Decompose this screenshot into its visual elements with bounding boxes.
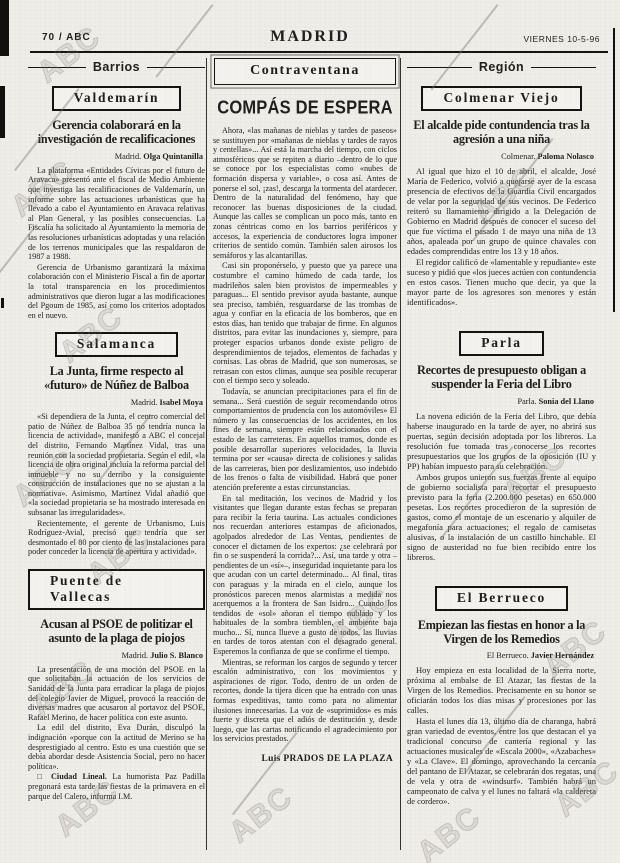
author-signature: Luis PRADOS DE LA PLAZA	[217, 754, 393, 764]
byline-author: Sonia del Llano	[539, 397, 594, 406]
article-paragraph: Ambos grupos unieron sus fuerzas frente …	[407, 472, 596, 562]
article-paragraph: El regidor calificó de «lamentable y rep…	[407, 257, 596, 307]
article-headline: El alcalde pide contundencia tras la agr…	[407, 119, 596, 147]
column-contraventana: Contraventana COMPÁS DE ESPERA Ahora, «l…	[213, 56, 397, 764]
article-paragraph: La presentación de una moción del PSOE e…	[28, 665, 205, 723]
byline-location: Madrid.	[122, 651, 149, 660]
rail-barrios: Barrios	[28, 60, 205, 74]
article-paragraph: Hoy empieza en esta localidad de la Sier…	[407, 665, 596, 715]
scan-artifact	[0, 86, 5, 138]
byline-author: Olga Quintanilla	[143, 152, 203, 161]
article-paragraph: Todavía, se anuncian precipitaciones par…	[213, 387, 397, 493]
article-paragraph: Ahora, «las mañanas de nieblas y tardes …	[213, 126, 397, 260]
article-byline: El Berrueco. Javier Hernández	[409, 651, 594, 660]
byline-author: Isabel Moya	[159, 398, 203, 407]
article-paragraph: Mientras, se reforman los cargos de segu…	[213, 658, 397, 744]
article-paragraph: Hasta el lunes día 13, último día de cha…	[407, 716, 596, 806]
byline-author: Julio S. Blanco	[150, 651, 203, 660]
article-headline: La Junta, firme respecto al «futuro» de …	[28, 365, 205, 393]
article-headline: Acusan al PSOE de politizar el asunto de…	[28, 618, 205, 646]
byline-author: Javier Hernández	[531, 651, 594, 660]
section-label-puente-de-vallecas: Puente de Vallecas	[28, 569, 205, 610]
article-byline: Madrid. Julio S. Blanco	[30, 651, 203, 660]
rail-region-label: Región	[479, 60, 524, 74]
section-label-contraventana: Contraventana	[214, 58, 396, 85]
opinion-headline: COMPÁS DE ESPERA	[213, 98, 397, 119]
byline-location: Parla.	[517, 397, 536, 406]
section-label-el-berrueco: El Berrueco	[435, 586, 568, 611]
article-headline: Gerencia colaborará en la investigación …	[28, 119, 205, 147]
article-headline: Empiezan las fiestas en honor a la Virge…	[407, 619, 596, 647]
article-byline: Madrid. Olga Quintanilla	[30, 152, 203, 161]
article-paragraph: «Si dependiera de la Junta, el centro co…	[28, 412, 205, 518]
header-rule	[30, 51, 608, 53]
column-barrios: Barrios Valdemarín Gerencia colaborará e…	[28, 56, 205, 802]
section-label-valdemarin: Valdemarín	[52, 86, 182, 111]
article-paragraph: Recientemente, el gerente de Urbanismo, …	[28, 519, 205, 557]
column-region: Región Colmenar Viejo El alcalde pide co…	[407, 56, 596, 807]
byline-location: El Berrueco.	[487, 651, 529, 660]
section-label-salamanca: Salamanca	[55, 332, 178, 357]
scan-artifact	[613, 28, 615, 312]
article-body: La plataforma «Entidades Cívicas por el …	[28, 166, 205, 321]
article-byline: Madrid. Isabel Moya	[30, 398, 203, 407]
article-body: Hoy empieza en esta localidad de la Sier…	[407, 665, 596, 806]
column-divider	[400, 58, 401, 850]
article-byline: Colmenar. Paloma Nolasco	[409, 152, 594, 161]
scan-artifact	[1, 298, 4, 308]
opinion-body: Ahora, «las mañanas de nieblas y tardes …	[213, 126, 397, 744]
section-label-parla: Parla	[459, 331, 544, 356]
article-paragraph: La plataforma «Entidades Cívicas por el …	[28, 166, 205, 262]
abc-watermark: ABC	[223, 780, 300, 851]
article-paragraph: Casi sin proponérselo, y puesto que ya p…	[213, 261, 397, 386]
abc-watermark: ABC	[411, 800, 488, 863]
article-body: «Si dependiera de la Junta, el centro co…	[28, 412, 205, 557]
date-line: VIERNES 10-5-96	[524, 34, 600, 44]
article-body: Al igual que hizo el 10 de abril, el alc…	[407, 166, 596, 307]
brief-lead: □ Ciudad Lineal.	[37, 772, 107, 781]
article-byline: Parla. Sonia del Llano	[409, 397, 594, 406]
article-paragraph: En tal meditación, los vecinos de Madrid…	[213, 494, 397, 657]
article-body: La presentación de una moción del PSOE e…	[28, 665, 205, 801]
byline-location: Colmenar.	[501, 152, 535, 161]
scan-artifact	[0, 0, 9, 56]
article-body: La novena edición de la Feria del Libro,…	[407, 411, 596, 562]
column-divider	[206, 58, 207, 850]
byline-location: Madrid.	[131, 398, 158, 407]
rail-region: Región	[407, 60, 596, 74]
news-brief: □ Ciudad Lineal. La humorista Paz Padill…	[28, 772, 205, 801]
rail-barrios-label: Barrios	[93, 60, 140, 74]
article-paragraph: La edil del distrito, Eva Durán, disculp…	[28, 723, 205, 771]
article-paragraph: La novena edición de la Feria del Libro,…	[407, 411, 596, 471]
byline-location: Madrid.	[115, 152, 142, 161]
byline-author: Paloma Nolasco	[538, 152, 594, 161]
section-label-colmenar-viejo: Colmenar Viejo	[421, 86, 581, 111]
article-paragraph: Al igual que hizo el 10 de abril, el alc…	[407, 166, 596, 256]
article-headline: Recortes de presupuesto obligan a suspen…	[407, 364, 596, 392]
article-paragraph: Gerencia de Urbanismo garantizará la máx…	[28, 263, 205, 321]
